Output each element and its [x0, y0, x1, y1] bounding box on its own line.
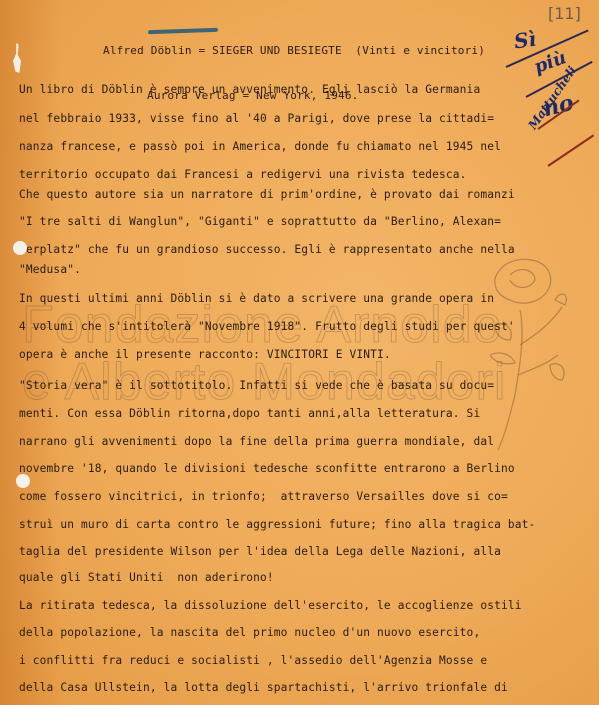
- body-text-line: Un libro di Döblin è sempre un avvenimen…: [19, 82, 480, 98]
- body-text-line: come fossero vincitrici, in trionfo; att…: [19, 489, 508, 505]
- body-text-line: nanza francese, e passò poi in America, …: [19, 139, 501, 155]
- rose-watermark-icon: [490, 255, 590, 455]
- body-text-line: "I tre salti di Wanglun", "Giganti" e so…: [19, 214, 501, 230]
- body-text-line: derplatz" che fu un grandioso successo. …: [19, 242, 515, 258]
- body-text-line: quale gli Stati Uniti non aderirono!: [19, 570, 274, 586]
- typewritten-document-page: Fondazione Arnoldo e Alberto Mondadori A…: [0, 0, 599, 705]
- body-text-line: novembre '18, quando le divisioni tedesc…: [19, 461, 515, 477]
- body-text-line: struì un muro di carta contro le aggress…: [19, 517, 535, 533]
- body-text-line: i conflitti fra reduci e socialisti , l'…: [19, 653, 487, 669]
- pencil-page-number: [11]: [548, 4, 581, 23]
- body-text-line: Che questo autore sia un narratore di pr…: [19, 187, 515, 203]
- red-underline-stroke: [547, 134, 594, 166]
- header-title-line: Alfred Döblin = SIEGER UND BESIEGTE (Vin…: [103, 43, 485, 58]
- punch-hole: [13, 241, 27, 255]
- body-text-line: della popolazione, la nascita del primo …: [19, 625, 480, 641]
- body-text-line: opera è anche il presente racconto: VINC…: [19, 347, 391, 363]
- body-text-line: territorio occupato dai Francesi a redig…: [19, 167, 467, 183]
- punch-hole: [16, 474, 30, 488]
- body-text-line: 4 volumi che s'intitolerà "Novembre 1918…: [19, 319, 515, 335]
- body-text-line: In questi ultimi anni Döblin si è dato a…: [19, 291, 494, 307]
- handwritten-note-si: Sì: [512, 27, 537, 54]
- body-text-line: menti. Con essa Döblin ritorna,dopo tant…: [19, 406, 480, 422]
- body-text-line: narrano gli avvenimenti dopo la fine del…: [19, 434, 494, 450]
- body-text-line: La ritirata tedesca, la dissoluzione del…: [19, 598, 522, 614]
- body-text-line: "Medusa".: [19, 262, 81, 278]
- body-text-line: "Storia vera" è il sottotitolo. Infatti …: [19, 378, 494, 394]
- body-text-line: taglia del presidente Wilson per l'idea …: [19, 544, 501, 560]
- body-text-line: della Casa Ullstein, la lotta degli spar…: [19, 680, 508, 696]
- body-text-line: nel febbraio 1933, visse fino al '40 a P…: [19, 111, 494, 127]
